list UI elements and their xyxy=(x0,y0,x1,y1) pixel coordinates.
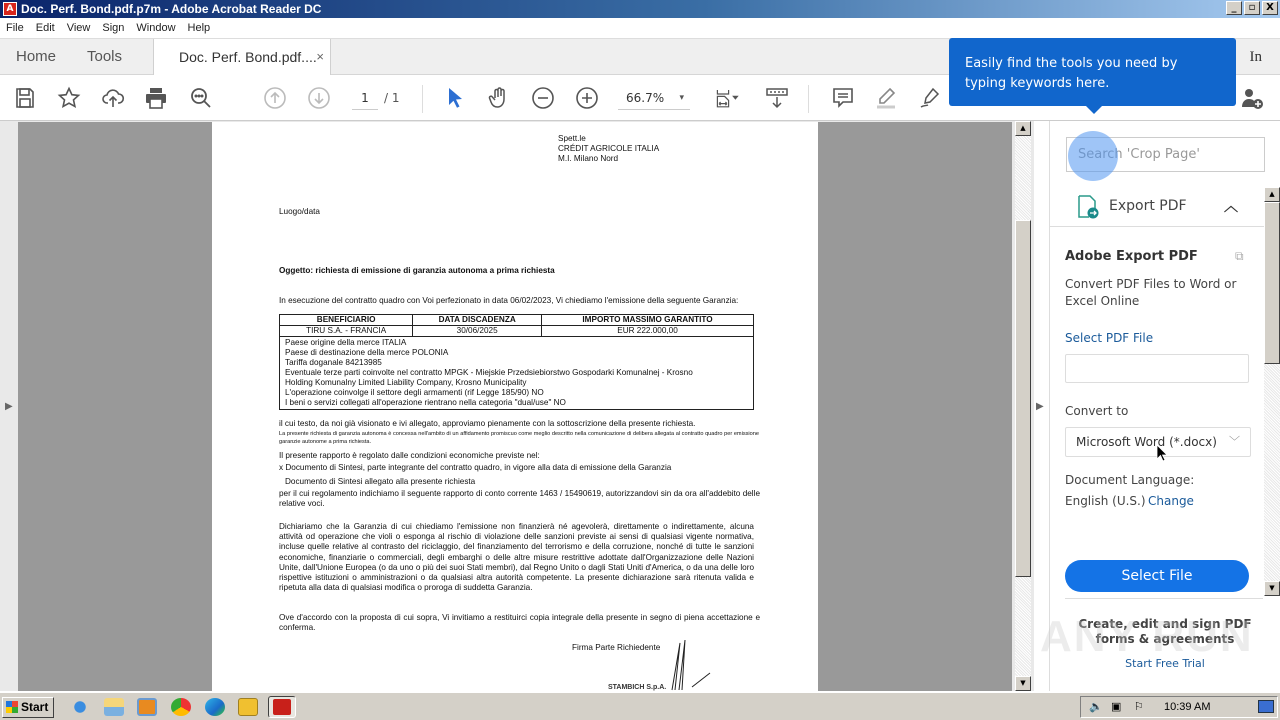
start-free-trial-link[interactable]: Start Free Trial xyxy=(1065,657,1265,670)
page-total: / 1 xyxy=(384,88,400,108)
detail-line: Paese di destinazione della merce POLONI… xyxy=(285,348,748,358)
detail-line: Eventuale terze parti coinvolte nel cont… xyxy=(285,368,748,378)
selected-file-field[interactable] xyxy=(1065,354,1249,383)
zoom-level-value: 66.7% xyxy=(626,91,664,105)
toolbar-divider xyxy=(422,85,423,113)
chrome-icon[interactable] xyxy=(171,698,191,716)
file-explorer-icon[interactable] xyxy=(104,698,124,716)
menu-window[interactable]: Window xyxy=(130,22,181,34)
action-center-flag-icon[interactable]: ⚐ xyxy=(1134,697,1144,717)
scroll-mode-icon[interactable] xyxy=(764,85,790,111)
close-button[interactable]: X xyxy=(1262,1,1278,15)
minimize-button[interactable]: _ xyxy=(1226,1,1242,15)
detail-line: Tariffa doganale 84213985 xyxy=(285,358,748,368)
export-pdf-icon xyxy=(1077,195,1099,219)
table-header: IMPORTO MASSIMO GARANTITO xyxy=(542,315,754,326)
recipient-line: M.I. Milano Nord xyxy=(558,154,618,164)
tools-panel: Search 'Crop Page' Export PDF ︿ Adobe Ex… xyxy=(1049,121,1280,691)
export-description: Convert PDF Files to Word or Excel Onlin… xyxy=(1065,276,1245,310)
recipient-line: Spett.le xyxy=(558,134,586,144)
menu-sign[interactable]: Sign xyxy=(96,22,130,34)
scroll-up-arrow-icon[interactable]: ▲ xyxy=(1264,187,1280,202)
clock[interactable]: 10:39 AM xyxy=(1164,697,1210,717)
convert-to-label: Convert to xyxy=(1065,404,1128,418)
upload-cloud-icon[interactable] xyxy=(100,85,126,111)
menu-view[interactable]: View xyxy=(61,22,97,34)
search-zoom-icon[interactable] xyxy=(188,85,214,111)
detail-line: Paese origine della merce ITALIA xyxy=(285,338,748,348)
tools-search-tooltip: Easily find the tools you need by typing… xyxy=(949,38,1236,106)
export-pdf-title: Export PDF xyxy=(1109,198,1187,214)
promo-text: Create, edit and sign PDF forms & agreem… xyxy=(1065,617,1265,647)
network-icon[interactable]: ▣ xyxy=(1111,697,1121,717)
table-cell: EUR 222.000,00 xyxy=(542,326,754,337)
paragraph: Ove d'accordo con la proposta di cui sop… xyxy=(279,613,760,633)
highlight-pen-icon[interactable] xyxy=(873,85,899,111)
table-header: BENEFICIARIO xyxy=(280,315,413,326)
restore-button[interactable]: ▫ xyxy=(1244,1,1260,15)
option-line: Documento di Sintesi allegato alla prese… xyxy=(285,477,475,487)
document-viewer: ▶ Spett.le CRÉDIT AGRICOLE ITALIA M.I. M… xyxy=(0,121,1034,691)
document-language-value: English (U.S.) xyxy=(1065,494,1146,508)
start-label: Start xyxy=(21,700,48,714)
panel-scrollbar[interactable]: ▲ ▼ xyxy=(1264,187,1280,596)
detail-line: I beni o servizi collegati all'operazion… xyxy=(285,398,748,408)
scroll-up-arrow-icon[interactable]: ▲ xyxy=(1015,121,1031,136)
previous-page-icon[interactable] xyxy=(262,85,288,111)
zoom-out-icon[interactable] xyxy=(530,85,556,111)
acrobat-icon xyxy=(273,699,291,715)
fit-page-icon[interactable] xyxy=(710,85,744,111)
select-cursor-icon[interactable] xyxy=(442,85,468,111)
next-page-icon[interactable] xyxy=(306,85,332,111)
volume-icon[interactable]: 🔈 xyxy=(1089,697,1103,717)
taskbar: Start 🔈 ▣ ⚐ 10:39 AM xyxy=(0,692,1280,720)
scroll-down-arrow-icon[interactable]: ▼ xyxy=(1015,676,1031,691)
scroll-down-arrow-icon[interactable]: ▼ xyxy=(1264,581,1280,596)
table-details: Paese origine della merce ITALIA Paese d… xyxy=(280,337,754,410)
start-button[interactable]: Start xyxy=(2,697,54,718)
paragraph: il cui testo, da noi già visionato e ivi… xyxy=(279,419,695,429)
tab-home[interactable]: Home xyxy=(16,39,56,75)
highlight-bubble xyxy=(1068,131,1118,181)
detail-line: Holding Komunalny Limited Liability Comp… xyxy=(285,378,748,388)
change-language-link[interactable]: Change xyxy=(1148,494,1194,508)
convert-format-value: Microsoft Word (*.docx) xyxy=(1076,435,1217,449)
document-scrollbar[interactable]: ▲ ▼ xyxy=(1015,121,1031,691)
left-pane-toggle-icon[interactable]: ▶ xyxy=(5,401,13,412)
mouse-cursor-icon xyxy=(1156,444,1168,462)
close-tab-icon[interactable]: × xyxy=(316,39,324,75)
table-header: DATA DISCADENZA xyxy=(413,315,542,326)
table-cell: 30/06/2025 xyxy=(413,326,542,337)
menu-edit[interactable]: Edit xyxy=(30,22,61,34)
media-player-icon[interactable] xyxy=(137,698,157,716)
subject-line: Oggetto: richiesta di emissione di garan… xyxy=(279,266,555,276)
tab-document-label: Doc. Perf. Bond.pdf.... xyxy=(179,49,317,65)
intro-paragraph: In esecuzione del contratto quadro con V… xyxy=(279,296,754,306)
menu-file[interactable]: File xyxy=(0,22,30,34)
paragraph: Il presente rapporto è regolato dalle co… xyxy=(279,451,540,461)
window-title: Doc. Perf. Bond.pdf.p7m - Adobe Acrobat … xyxy=(21,2,321,16)
guarantee-table: BENEFICIARIO DATA DISCADENZA IMPORTO MAS… xyxy=(279,314,754,410)
print-icon[interactable] xyxy=(143,85,169,111)
show-desktop-icon[interactable] xyxy=(1258,700,1274,713)
acrobat-app-icon: A xyxy=(3,2,17,16)
option-line: x Documento di Sintesi, parte integrante… xyxy=(279,463,671,473)
right-pane-toggle-icon[interactable]: ▶ xyxy=(1036,401,1044,412)
zoom-in-icon[interactable] xyxy=(574,85,600,111)
scrollbar-thumb[interactable] xyxy=(1015,220,1031,577)
chevron-down-icon: ﹀ xyxy=(1229,428,1240,456)
export-pdf-section-header[interactable]: Export PDF ︿ xyxy=(1050,187,1266,227)
sign-in-link[interactable]: In xyxy=(1250,39,1263,75)
recipient-line: CRÉDIT AGRICOLE ITALIA xyxy=(558,144,659,154)
internet-explorer-icon[interactable] xyxy=(70,698,90,716)
bookmark-star-icon[interactable] xyxy=(56,85,82,111)
select-file-button[interactable]: Select File xyxy=(1065,560,1249,592)
paragraph-small: La presente richiesta di garanzia autono… xyxy=(279,430,759,446)
zoom-level-dropdown[interactable]: 66.7%▾ xyxy=(618,88,690,110)
chevron-down-icon: ▾ xyxy=(679,88,684,108)
app-icon[interactable] xyxy=(238,698,258,716)
save-icon[interactable] xyxy=(12,85,38,111)
page-number-input[interactable]: 1 xyxy=(352,88,378,110)
hand-tool-icon[interactable] xyxy=(486,85,512,111)
scrollbar-thumb[interactable] xyxy=(1264,202,1280,364)
chevron-up-icon[interactable]: ︿ xyxy=(1224,196,1238,216)
table-cell: TIRU S.A. - FRANCIA xyxy=(280,326,413,337)
system-tray: 🔈 ▣ ⚐ 10:39 AM xyxy=(1080,696,1278,718)
comment-icon[interactable] xyxy=(830,85,856,111)
acrobat-taskbar-button[interactable] xyxy=(268,696,296,718)
company-stamp: STAMBICH S.p.A. xyxy=(608,683,666,691)
place-date: Luogo/data xyxy=(279,207,320,217)
windows-logo-icon xyxy=(6,701,18,713)
sign-pen-icon[interactable] xyxy=(917,85,943,111)
edge-icon[interactable] xyxy=(205,698,225,716)
select-pdf-file-link[interactable]: Select PDF File xyxy=(1065,331,1153,345)
cloud-docs-icon: ⧉ xyxy=(1235,249,1244,264)
paragraph: per il cui regolamento indichiamo il seg… xyxy=(279,489,760,509)
pdf-page: Spett.le CRÉDIT AGRICOLE ITALIA M.I. Mil… xyxy=(212,122,818,691)
document-language-label: Document Language: xyxy=(1065,473,1194,487)
detail-line: L'operazione coinvolge il settore degli … xyxy=(285,388,748,398)
tab-document[interactable]: Doc. Perf. Bond.pdf.... × xyxy=(153,39,331,76)
menu-help[interactable]: Help xyxy=(182,22,217,34)
paragraph: Dichiariamo che la Garanzia di cui chied… xyxy=(279,522,754,593)
toolbar-divider xyxy=(808,85,809,113)
add-user-icon[interactable] xyxy=(1239,85,1265,111)
menu-bar: File Edit View Sign Window Help xyxy=(0,18,1280,38)
title-bar: A Doc. Perf. Bond.pdf.p7m - Adobe Acroba… xyxy=(0,0,1280,18)
tab-tools[interactable]: Tools xyxy=(87,39,122,75)
signature-label: Firma Parte Richiedente xyxy=(572,643,660,653)
panel-divider xyxy=(1065,598,1263,599)
adobe-export-pdf-heading: Adobe Export PDF xyxy=(1065,249,1198,264)
